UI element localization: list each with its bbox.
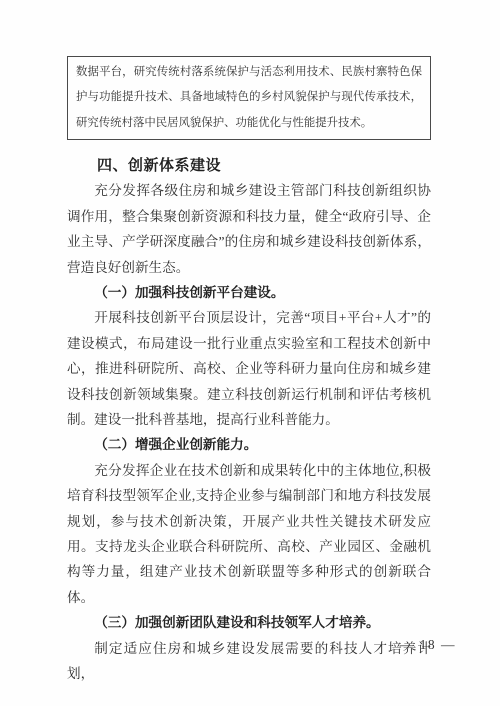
highlight-box: 数据平台，研究传统村落系统保护与活态利用技术、民族村寨特色保护与功能提升技术、具… bbox=[67, 56, 431, 140]
subsection-1-heading: （一）加强科技创新平台建设。 bbox=[67, 280, 431, 305]
subsection-2-heading: （二）增强企业创新能力。 bbox=[67, 432, 431, 457]
subsection-3-body: 制定适应住房和城乡建设发展需要的科技人才培养计划， bbox=[67, 636, 431, 687]
document-content: 数据平台，研究传统村落系统保护与活态利用技术、民族村寨特色保护与功能提升技术、具… bbox=[67, 56, 431, 687]
subsection-3-heading: （三）加强创新团队建设和科技领军人才培养。 bbox=[67, 610, 431, 635]
section-intro-paragraph: 充分发挥各级住房和城乡建设主管部门科技创新组织协调作用，整合集聚创新资源和科技力… bbox=[67, 178, 431, 280]
document-page: 数据平台，研究传统村落系统保护与活态利用技术、民族村寨特色保护与功能提升技术、具… bbox=[0, 0, 500, 706]
subsection-1-body: 开展科技创新平台顶层设计，完善“项目+平台+人才”的建设模式，布局建设一批行业重… bbox=[67, 305, 431, 432]
page-number: — 18 — bbox=[400, 637, 456, 653]
boxed-paragraph: 数据平台，研究传统村落系统保护与活态利用技术、民族村寨特色保护与功能提升技术、具… bbox=[76, 60, 422, 136]
subsection-2-body: 充分发挥企业在技术创新和成果转化中的主体地位,积极培育科技型领军企业,支持企业参… bbox=[67, 458, 431, 610]
section-heading: 四、创新体系建设 bbox=[67, 153, 431, 179]
